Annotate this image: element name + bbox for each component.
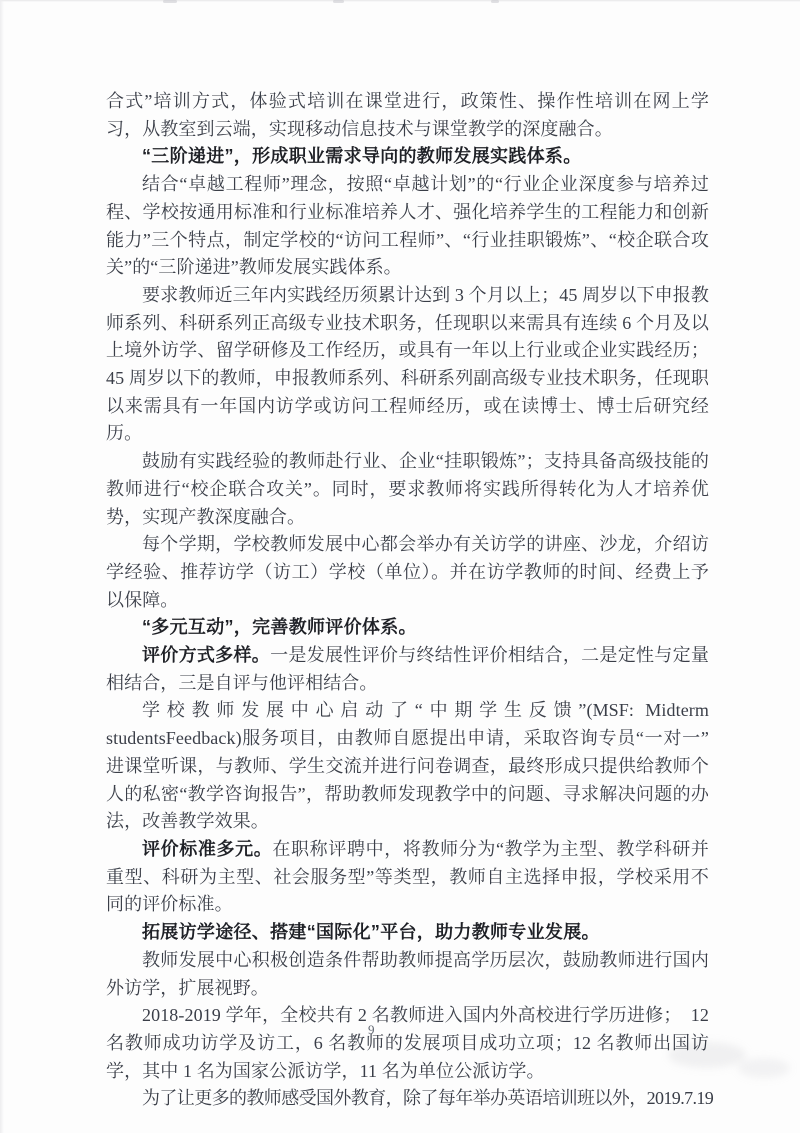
paragraph-with-lead: 评价标准多元。在职称评聘中，将教师分为“教学为主型、教学科研并重型、科研为主型、… (106, 836, 709, 919)
paragraph: 教师发展中心积极创造条件帮助教师提高学历层次，鼓励教师进行国内外访学，扩展视野。 (106, 947, 709, 1002)
paragraph-continues-next-page: 为了让更多的教师感受国外教育，除了每年举办英语培训班以外，2019.7.19 (106, 1085, 709, 1113)
section-heading-internationalization: 拓展访学途径、搭建“国际化”平台，助力教师专业发展。 (106, 919, 709, 947)
document-body: 合式”培训方式，体验式培训在课堂进行，政策性、操作性培训在网上学习，从教室到云端… (106, 88, 709, 1113)
paragraph-with-lead: 评价方式多样。一是发展性评价与终结性评价相结合，二是定性与定量相结合，三是自评与… (106, 642, 709, 697)
lead-phrase: 评价标准多元。 (142, 839, 272, 859)
scan-artifact-left-edge (0, 0, 4, 1133)
lead-phrase: 评价方式多样。 (142, 645, 270, 665)
section-heading-three-stage: “三阶递进”，形成职业需求导向的教师发展实践体系。 (106, 143, 709, 171)
paragraph: 每个学期，学校教师发展中心都会举办有关访学的讲座、沙龙，介绍访学经验、推荐访学（… (106, 531, 709, 614)
scan-artifact-smudge (738, 1058, 790, 1078)
paragraph: 要求教师近三年内实践经历须累计达到 3 个月以上；45 周岁以下申报教师系列、科… (106, 282, 709, 448)
paragraph: 学校教师发展中心启动了“中期学生反馈”(MSF: Midterm student… (106, 697, 709, 836)
paragraph: 2018-2019 学年，全校共有 2 名教师进入国内外高校进行学历进修； 12… (106, 1002, 709, 1085)
scan-artifact-tick (333, 0, 344, 3)
paragraph-continued: 合式”培训方式，体验式培训在课堂进行，政策性、操作性培训在网上学习，从教室到云端… (106, 88, 709, 143)
scan-artifact-tick (491, 0, 499, 3)
scanned-document-page: 合式”培训方式，体验式培训在课堂进行，政策性、操作性培训在网上学习，从教室到云端… (0, 0, 800, 1133)
paragraph: 结合“卓越工程师”理念，按照“卓越计划”的“行业企业深度参与培养过程、学校按通用… (106, 171, 709, 282)
section-heading-multi-interaction: “多元互动”，完善教师评价体系。 (106, 614, 709, 642)
scan-artifact-tick (163, 0, 177, 3)
paragraph: 鼓励有实践经验的教师赴行业、企业“挂职锻炼”；支持具备高级技能的教师进行“校企联… (106, 448, 709, 531)
page-number: 9 (368, 1022, 375, 1038)
scan-artifact-top-edge (0, 0, 800, 2)
